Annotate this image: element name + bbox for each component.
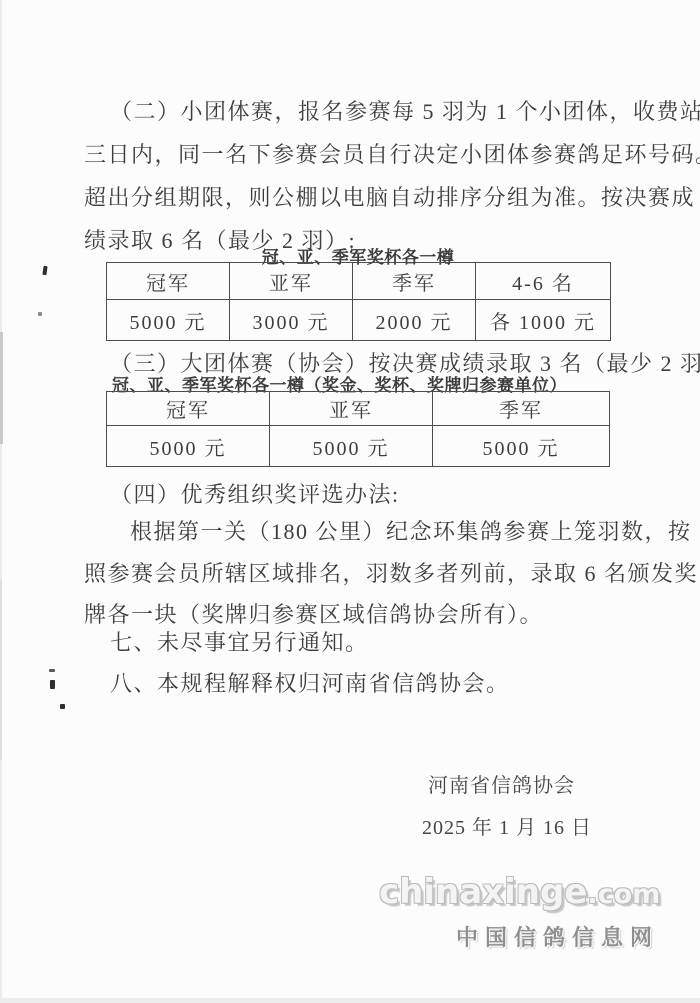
table-header-row: 冠军 亚军 季军 4-6 名 (107, 263, 611, 300)
table-value-cell: 3000 元 (230, 300, 353, 341)
table-value-cell: 5000 元 (107, 300, 230, 341)
table-value-cell: 5000 元 (433, 426, 610, 467)
paragraph-org-award-line: 根据第一关（180 公里）纪念环集鸽参赛上笼羽数，按 (84, 515, 675, 546)
watermark-site-name: 中国信鸽信息网 (456, 921, 659, 952)
item-seven: 七、未尽事宜另行通知。 (84, 626, 655, 657)
scan-speck (60, 704, 65, 709)
table-header-cell: 亚军 (230, 263, 353, 300)
paragraph-org-award-line: 照参赛会员所辖区域排名，羽数多者列前，录取 6 名颁发奖 (84, 557, 629, 588)
scan-streak (0, 580, 2, 760)
signature-association: 河南省信鸽协会 (428, 769, 575, 798)
scan-edge-shadow (0, 0, 2, 1003)
paragraph-small-team-line: （二）小团体赛，报名参赛每 5 羽为 1 个小团体，收费站后 (84, 95, 655, 126)
table-header-row: 冠军 亚军 季军 (107, 392, 610, 426)
table-header-cell: 亚军 (270, 392, 433, 426)
table-header-cell: 季军 (433, 392, 610, 426)
table-value-row: 5000 元 5000 元 5000 元 (107, 426, 610, 467)
small-team-prize-table: 冠军 亚军 季军 4-6 名 5000 元 3000 元 2000 元 各 10… (106, 262, 611, 341)
scanned-document-page: （二）小团体赛，报名参赛每 5 羽为 1 个小团体，收费站后 三日内，同一名下参… (0, 0, 700, 1003)
table-value-cell: 5000 元 (107, 426, 270, 467)
watermark-site-tld: .com (587, 879, 660, 910)
watermark-site-logo: chinaxinge.com (379, 872, 660, 912)
heading-org-award: （四）优秀组织奖评选办法: (84, 478, 655, 509)
scan-streak (0, 332, 3, 444)
large-team-prize-table: 冠军 亚军 季军 5000 元 5000 元 5000 元 (106, 391, 610, 467)
scan-speck (50, 680, 55, 689)
table-header-cell: 季军 (353, 263, 476, 300)
item-eight: 八、本规程解释权归河南省信鸽协会。 (84, 667, 655, 698)
table-value-cell: 2000 元 (353, 300, 476, 341)
table-header-cell: 冠军 (107, 263, 230, 300)
paragraph-small-team-line: 超出分组期限，则公棚以电脑自动排序分组为准。按决赛成 (84, 181, 629, 212)
paragraph-small-team-line: 三日内，同一名下参赛会员自行决定小团体参赛鸽足环号码。 (84, 138, 629, 169)
table-header-cell: 4-6 名 (476, 263, 611, 300)
table-value-cell: 5000 元 (270, 426, 433, 467)
scan-speck (49, 669, 55, 672)
scan-bottom-edge (0, 998, 700, 1003)
signature-date: 2025 年 1 月 16 日 (422, 811, 592, 840)
watermark-site-main: chinaxinge (379, 872, 587, 912)
table-value-cell: 各 1000 元 (476, 300, 611, 341)
scan-speck (42, 266, 47, 275)
table-value-row: 5000 元 3000 元 2000 元 各 1000 元 (107, 300, 611, 341)
table-header-cell: 冠军 (107, 392, 270, 426)
paragraph-org-award-line: 牌各一块（奖牌归参赛区域信鸽协会所有）。 (84, 598, 629, 629)
scan-speck (38, 312, 42, 316)
